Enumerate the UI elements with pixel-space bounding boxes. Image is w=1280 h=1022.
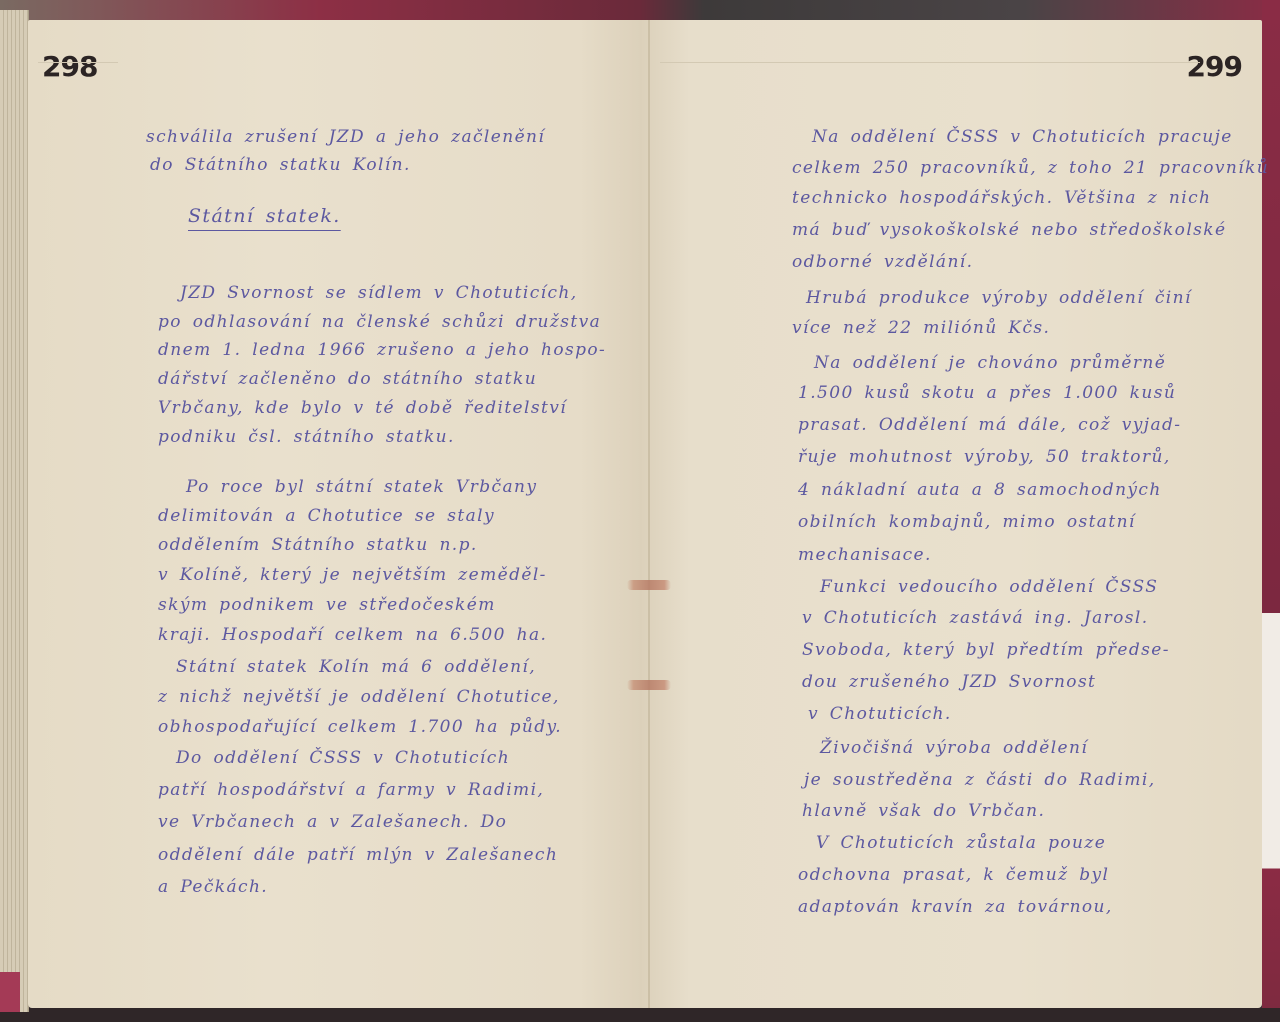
handwritten-line: adaptován kravín za továrnou, bbox=[798, 897, 1113, 917]
handwritten-line: Na oddělení ČSSS v Chotuticích pracuje bbox=[812, 127, 1233, 147]
binding-stitch bbox=[627, 680, 671, 690]
handwritten-line: Vrbčany, kde bylo v té době ředitelství bbox=[158, 398, 567, 418]
handwritten-line: delimitován a Chotutice se staly bbox=[158, 506, 495, 526]
ruled-line bbox=[660, 62, 1200, 63]
handwritten-line: 1.500 kusů skotu a přes 1.000 kusů bbox=[798, 383, 1176, 403]
handwritten-line: v Chotuticích zastává ing. Jarosl. bbox=[802, 608, 1149, 628]
handwritten-line: dnem 1. ledna 1966 zrušeno a jeho hospo- bbox=[158, 340, 606, 360]
handwritten-line: Po roce byl státní statek Vrbčany bbox=[186, 477, 537, 497]
handwritten-line: Do oddělení ČSSS v Chotuticích bbox=[176, 748, 510, 768]
handwritten-line: podniku čsl. státního statku. bbox=[158, 427, 455, 447]
book-gutter bbox=[648, 20, 650, 1008]
handwritten-line: a Pečkách. bbox=[158, 877, 268, 897]
ruled-line bbox=[38, 62, 118, 63]
handwritten-line: odborné vzdělání. bbox=[792, 252, 973, 272]
right-page: 299 Na oddělení ČSSS v Chotuticích pracu… bbox=[640, 20, 1262, 1008]
handwritten-line: do Státního statku Kolín. bbox=[150, 155, 411, 175]
handwritten-line: prasat. Oddělení má dále, což vyjad- bbox=[798, 415, 1181, 435]
handwritten-line: V Chotuticích zůstala pouze bbox=[816, 833, 1106, 853]
handwritten-line: oddělením Státního statku n.p. bbox=[158, 535, 478, 555]
handwritten-line: hlavně však do Vrbčan. bbox=[802, 801, 1045, 821]
handwritten-line: více než 22 miliónů Kčs. bbox=[792, 318, 1050, 338]
book-cover-top bbox=[0, 0, 1280, 22]
left-page: 298 schválila zrušení JZD a jeho začleně… bbox=[28, 20, 640, 1008]
handwritten-line: celkem 250 pracovníků, z toho 21 pracovn… bbox=[792, 158, 1269, 178]
handwritten-line: Hrubá produkce výroby oddělení činí bbox=[806, 288, 1192, 308]
handwritten-line: Živočišná výroba oddělení bbox=[820, 738, 1088, 758]
handwritten-line: oddělení dále patří mlýn v Zalešanech bbox=[158, 845, 558, 865]
handwritten-line: JZD Svornost se sídlem v Chotuticích, bbox=[180, 283, 578, 303]
page-number-right: 299 bbox=[1187, 50, 1242, 83]
handwritten-line: Funkci vedoucího oddělení ČSSS bbox=[820, 577, 1158, 597]
handwritten-line: dářství začleněno do státního statku bbox=[158, 369, 537, 389]
binding-stitch bbox=[627, 580, 671, 590]
cover-corner bbox=[0, 972, 20, 1012]
page-number-left: 298 bbox=[42, 50, 97, 83]
handwritten-line: ským podnikem ve středočeském bbox=[158, 595, 496, 615]
handwritten-line: v Chotuticích. bbox=[808, 704, 952, 724]
handwritten-line: Státní statek Kolín má 6 oddělení, bbox=[176, 657, 536, 677]
handwritten-line: technicko hospodářských. Většina z nich bbox=[792, 188, 1211, 208]
handwritten-line: Svoboda, který byl předtím předse- bbox=[802, 640, 1170, 660]
handwritten-line: v Kolíně, který je největším zeměděl- bbox=[158, 565, 547, 585]
handwritten-line: po odhlasování na členské schůzi družstv… bbox=[158, 312, 601, 332]
handwritten-line: z nichž největší je oddělení Chotutice, bbox=[158, 687, 560, 707]
handwritten-line: řuje mohutnost výroby, 50 traktorů, bbox=[798, 447, 1171, 467]
page-stack-edges bbox=[0, 10, 29, 1012]
handwritten-line: obilních kombajnů, mimo ostatní bbox=[798, 512, 1136, 532]
handwritten-line: Na oddělení je chováno průměrně bbox=[814, 353, 1166, 373]
book-cover-right-edge bbox=[1262, 0, 1280, 1022]
handwritten-line: patří hospodářství a farmy v Radimi, bbox=[158, 780, 544, 800]
handwritten-line: obhospodařující celkem 1.700 ha půdy. bbox=[158, 717, 562, 737]
handwritten-line: je soustředěna z části do Radimi, bbox=[804, 770, 1156, 790]
handwritten-line: ve Vrbčanech a v Zalešanech. Do bbox=[158, 812, 507, 832]
section-heading: Státní statek. bbox=[188, 205, 341, 227]
handwritten-line: dou zrušeného JZD Svornost bbox=[802, 672, 1096, 692]
handwritten-line: má buď vysokoškolské nebo středoškolské bbox=[792, 220, 1226, 240]
handwritten-line: kraji. Hospodaří celkem na 6.500 ha. bbox=[158, 625, 547, 645]
handwritten-line: 4 nákladní auta a 8 samochodných bbox=[798, 480, 1162, 500]
handwritten-line: mechanisace. bbox=[798, 545, 932, 565]
handwritten-line: odchovna prasat, k čemuž byl bbox=[798, 865, 1109, 885]
book-cover-bottom bbox=[0, 1008, 1280, 1022]
handwritten-line: schválila zrušení JZD a jeho začlenění bbox=[146, 127, 545, 147]
